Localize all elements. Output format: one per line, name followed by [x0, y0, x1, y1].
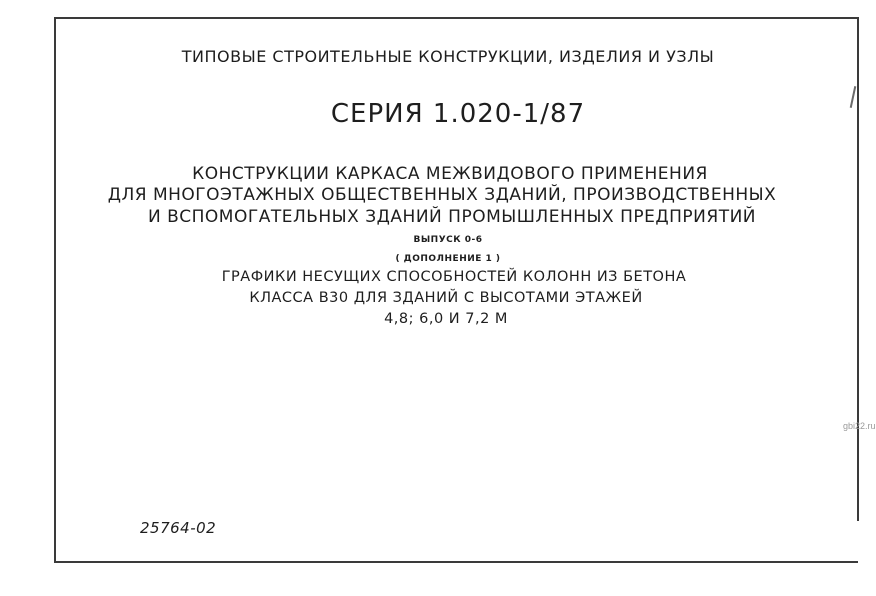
issue-label: ВЫПУСК 0-6	[10, 235, 876, 245]
subtitle-line-2: КЛАССА В30 ДЛЯ ЗДАНИЙ С ВЫСОТАМИ ЭТАЖЕЙ	[8, 290, 876, 306]
subtitle-line-1: ГРАФИКИ НЕСУЩИХ СПОСОБНОСТЕЙ КОЛОНН ИЗ Б…	[16, 269, 876, 285]
frame-border-top	[54, 17, 859, 19]
document-number: 25764-02	[140, 519, 216, 537]
title-line-2: ДЛЯ МНОГОЭТАЖНЫХ ОБЩЕСТВЕННЫХ ЗДАНИЙ, ПР…	[4, 185, 876, 205]
title-line-3: И ВСПОМОГАТЕЛЬНЫХ ЗДАНИЙ ПРОМЫШЛЕННЫХ ПР…	[14, 207, 876, 227]
supplement-label: ( ДОПОЛНЕНИЕ 1 )	[10, 254, 876, 264]
subtitle-line-3: 4,8; 6,0 И 7,2 М	[8, 311, 876, 327]
series-title: СЕРИЯ 1.020-1/87	[20, 99, 876, 129]
watermark: gbi22.ru	[843, 421, 876, 431]
title-line-1: КОНСТРУКЦИИ КАРКАСА МЕЖВИДОВОГО ПРИМЕНЕН…	[12, 164, 876, 184]
document-header: ТИПОВЫЕ СТРОИТЕЛЬНЫЕ КОНСТРУКЦИИ, ИЗДЕЛИ…	[10, 47, 876, 66]
frame-border-bottom	[54, 561, 858, 563]
